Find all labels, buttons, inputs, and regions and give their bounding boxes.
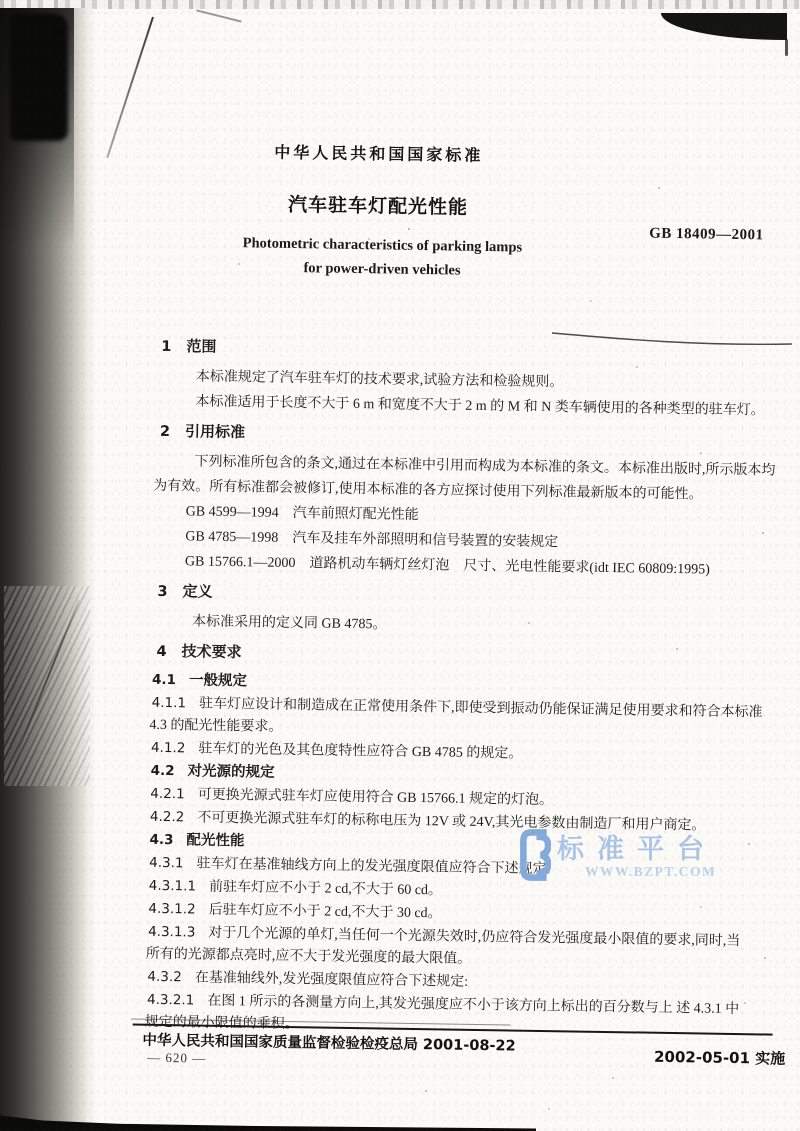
clause-text: 定义 (182, 582, 212, 600)
clause-number: 4.1 (152, 669, 176, 692)
clause-text: 可更换光源式驻车灯应使用符合 GB 15766.1 规定的灯泡。 (198, 788, 554, 809)
clause-text: 所有的光源都点亮时,应不大于发光强度的最大限值。 (146, 947, 472, 967)
scan-artifact-specks (0, 0, 2, 2)
clause-text: 对光源的规定 (187, 763, 274, 780)
clause-text: 本标准适用于长度不大于 6 m 和宽度不大于 2 m 的 M 和 N 类车辆使用… (195, 394, 765, 418)
clause-text: GB 15766.1—2000 道路机动车辆灯丝灯泡 尺寸、光电性能要求(idt… (185, 554, 710, 577)
clause-text: 驻车灯的光色及其色度特性应符合 GB 4785 的规定。 (198, 742, 522, 762)
clause-text: 一般规定 (189, 672, 247, 689)
clause-number: 4.3.1.2 (148, 898, 196, 921)
clause-number: 4.2.2 (150, 806, 185, 829)
document: 中华人民共和国国家标准 汽车驻车灯配光性能 GB 18409—2001 Phot… (0, 0, 800, 1131)
clause-number: 4.3 (149, 829, 173, 852)
clause-text: GB 4785—1998 汽车及挂车外部照明和信号装置的安装规定 (185, 529, 558, 550)
clause-number: 4.3.1.3 (148, 921, 196, 944)
clause-number: 4.3.2 (147, 966, 182, 989)
page-title: 汽车驻车灯配光性能 (155, 188, 600, 222)
body-text: 1范围本标准规定了汽车驻车灯的技术要求,试验方法和检验规则。本标准适用于长度不大… (145, 329, 800, 1044)
clause-text: 范围 (186, 337, 216, 355)
clause-number: 4.3.1.1 (149, 875, 197, 898)
clause-text: 在基准轴线外,发光强度限值应符合下述规定: (195, 971, 469, 990)
standard-label: 中华人民共和国国家标准 (156, 138, 601, 168)
clause-number: 3 (157, 579, 168, 605)
clause-text: 本标准规定了汽车驻车灯的技术要求,试验方法和检验规则。 (196, 369, 564, 390)
standard-number: GB 18409—2001 (649, 226, 764, 245)
clause-text: 引用标准 (185, 422, 245, 441)
title-english-line1: Photometric characteristics of parking l… (155, 234, 610, 258)
clause-text: 技术要求 (181, 642, 241, 661)
clause-number: 4.2 (150, 760, 174, 783)
clause-number: 4.1.2 (151, 737, 186, 760)
clause-text: 4.3 的配光性能要求。 (149, 718, 282, 735)
clause-number: 1 (161, 334, 172, 360)
clause-text: 后驻车灯应不小于 2 cd,不大于 30 cd。 (209, 903, 442, 922)
clause-number: 4.2.1 (150, 783, 185, 806)
clause-text: 不可更换光源式驻车灯的标称电压为 12V 或 24V,其光电参数由制造厂和用户商… (197, 811, 705, 834)
clause-number: 4.3.1 (149, 852, 184, 875)
clause-text: 前驻车灯应不小于 2 cd,不大于 60 cd。 (209, 880, 442, 899)
clause-text: 配光性能 (186, 832, 244, 849)
clause-text: 驻车灯在基准轴线方向上的发光强度限值应符合下述规定: (196, 857, 550, 878)
clause-text: GB 4599—1994 汽车前照灯配光性能 (186, 504, 419, 523)
clause-text: 驻车灯应设计和制造成在正常使用条件下,即使受到振动仍能保证满足使用要求和符合本标… (199, 697, 763, 721)
clause-text: 本标准采用的定义同 GB 4785。 (192, 614, 387, 632)
footer-page-number: — 620 — (147, 1050, 206, 1067)
clause-number: 4 (156, 639, 167, 665)
title-english-line2: for power-driven vehicles (154, 258, 609, 282)
clause-number: 4.1.1 (152, 692, 187, 715)
scanned-standard-page: 中华人民共和国国家标准 汽车驻车灯配光性能 GB 18409—2001 Phot… (0, 0, 800, 1131)
clause-number: 2 (160, 419, 171, 445)
clause-text: 为有效。所有标准都会被修订,使用本标准的各方应探讨使用下列标准最新版本的可能性。 (153, 479, 703, 503)
clause-number: 4.3.2.1 (147, 989, 195, 1012)
footer-implementation-date: 2002-05-01 实施 (640, 1046, 785, 1069)
